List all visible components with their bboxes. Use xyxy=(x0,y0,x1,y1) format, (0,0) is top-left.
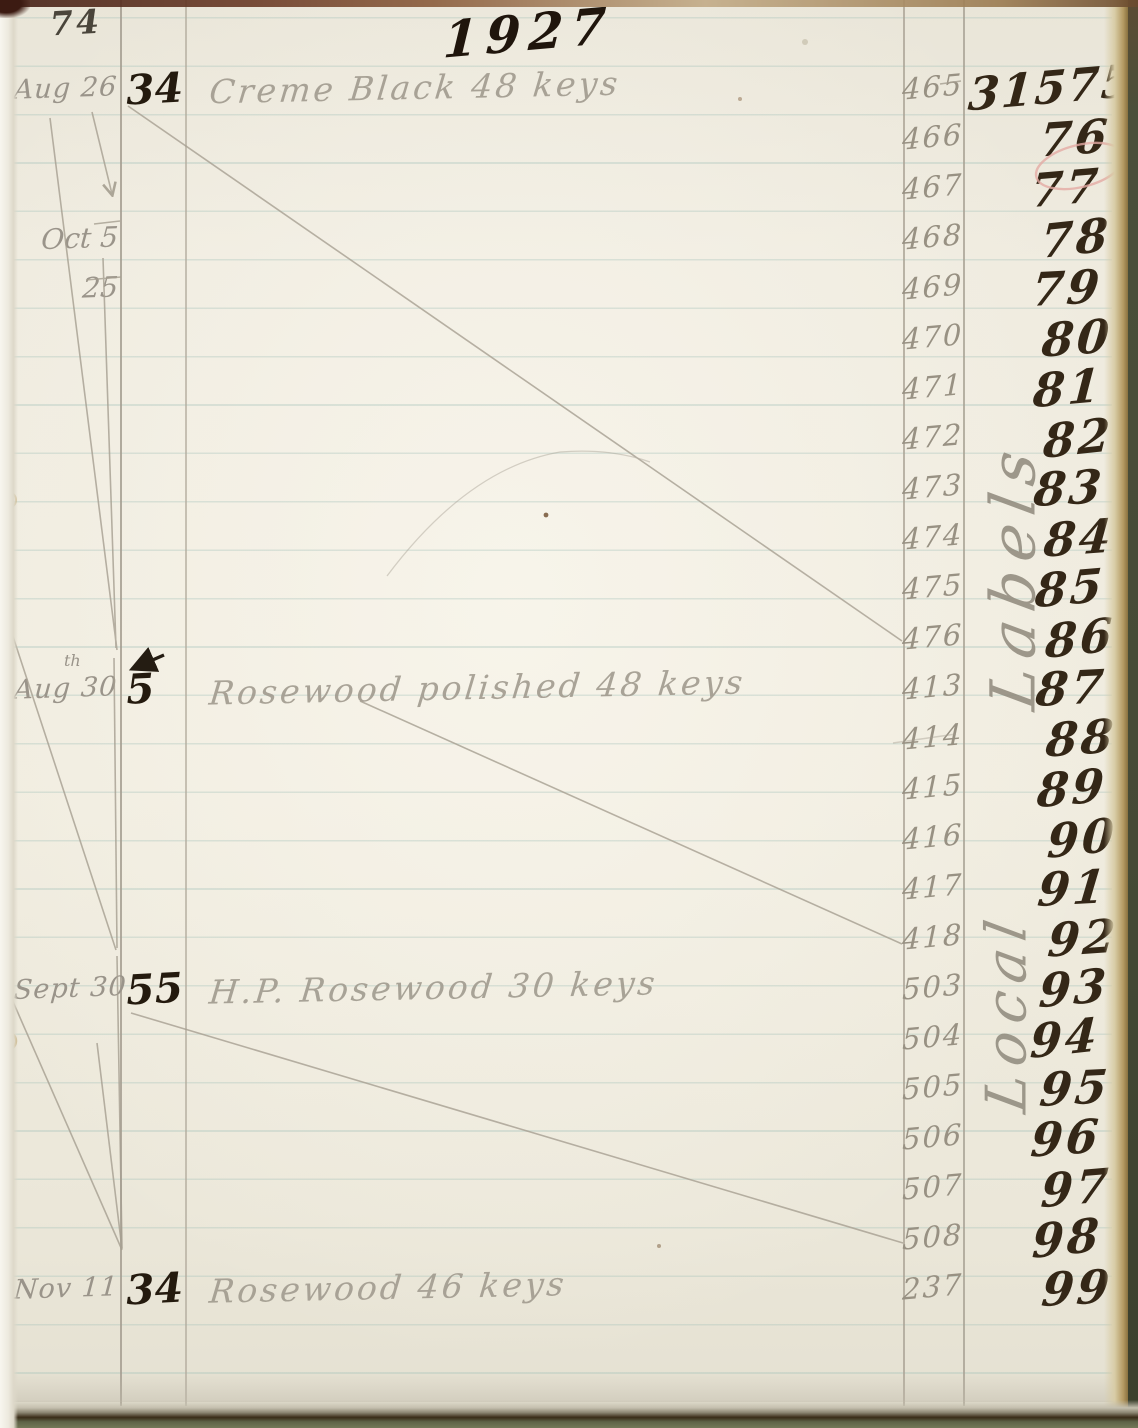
entry-date: Sept 30 xyxy=(13,973,128,1004)
batch-number: 469 xyxy=(902,270,960,304)
ledger-row: 50898 xyxy=(0,1213,1138,1263)
ledger-row: Sept 3055H.P. Rosewood 30 keys50393 xyxy=(0,963,1138,1013)
serial-number: 82 xyxy=(1042,411,1114,465)
batch-number: 414 xyxy=(902,720,960,754)
batch-number: 506 xyxy=(902,1120,960,1154)
serial-number: 88 xyxy=(1044,712,1118,763)
batch-number: 467 xyxy=(902,170,960,204)
serial-number: 96 xyxy=(1029,1112,1103,1163)
ledger-row: 47484 xyxy=(0,513,1138,563)
margin-note: Oct 5 xyxy=(27,223,119,254)
ledger-row: 41791 xyxy=(0,863,1138,913)
serial-number: 95 xyxy=(1038,1063,1113,1113)
ledger-row: 50797 xyxy=(0,1163,1138,1213)
serial-number: 86 xyxy=(1044,611,1116,665)
entry-quantity: 5 xyxy=(125,668,156,710)
serial-number: 85 xyxy=(1034,562,1107,615)
serial-number: 87 xyxy=(1034,663,1109,713)
ledger-row: 46676 xyxy=(0,113,1138,163)
page-corner-top-left xyxy=(0,0,30,18)
batch-number: 416 xyxy=(902,820,960,854)
serial-number: 83 xyxy=(1032,463,1107,513)
entry-description: H.P. Rosewood 30 keys xyxy=(208,966,660,1008)
entry-date: Aug 26 xyxy=(13,73,118,104)
ledger-row: 50595 xyxy=(0,1063,1138,1113)
batch-number: 466 xyxy=(902,120,960,154)
ledger-row: 47181 xyxy=(0,363,1138,413)
batch-number: 417 xyxy=(902,870,960,904)
batch-number: 508 xyxy=(902,1220,960,1254)
batch-number: 415 xyxy=(902,770,960,804)
entry-quantity: 34 xyxy=(125,1268,184,1312)
serial-number: 80 xyxy=(1040,312,1114,363)
ledger-row: Aug 30th5Rosewood polished 48 keys41387 xyxy=(0,663,1138,713)
ledger-row: 47383 xyxy=(0,463,1138,513)
batch-number: 413 xyxy=(902,670,960,704)
batch-number: 465 xyxy=(902,70,960,104)
serial-number: 92 xyxy=(1046,912,1120,963)
serial-number: 77 xyxy=(1030,162,1103,215)
ledger-row: 46777 xyxy=(0,163,1138,213)
serial-number: 78 xyxy=(1040,211,1112,265)
entry-description: Rosewood polished 48 keys xyxy=(208,665,747,709)
serial-number: 99 xyxy=(1040,1263,1115,1313)
margin-note: 25 xyxy=(27,273,119,304)
ledger-row: Nov 1134Rosewood 46 keys23799 xyxy=(0,1263,1138,1313)
entry-description: Creme Black 48 keys xyxy=(208,67,622,109)
batch-number: 473 xyxy=(902,470,960,504)
ledger-row: 41690 xyxy=(0,813,1138,863)
ledger-row: 41488 xyxy=(0,713,1138,763)
serial-number: 84 xyxy=(1042,512,1116,563)
batch-number: 468 xyxy=(902,220,960,254)
ledger-row: 47282 xyxy=(0,413,1138,463)
entry-date: Aug 30 xyxy=(13,673,118,704)
ledger-page-scan: 74 1927 Aug 2634Creme Black 48 keys46531… xyxy=(0,0,1138,1428)
year-heading: 1927 xyxy=(442,0,615,65)
batch-number: 472 xyxy=(902,420,960,454)
page-bottom-shadow xyxy=(0,1372,1138,1402)
serial-number: 91 xyxy=(1036,863,1111,913)
ledger-row: 41892 xyxy=(0,913,1138,963)
entry-date: Nov 11 xyxy=(13,1273,119,1304)
batch-number: 503 xyxy=(902,970,960,1004)
ledger-row: Aug 2634Creme Black 48 keys46531575 xyxy=(0,63,1138,113)
ledger-row: 47686 xyxy=(0,613,1138,663)
ledger-row: 2546979 xyxy=(0,263,1138,313)
batch-number: 470 xyxy=(902,320,960,354)
ledger-row: Oct 546878 xyxy=(0,213,1138,263)
serial-number: 90 xyxy=(1046,811,1118,865)
speck xyxy=(9,1414,17,1422)
batch-number: 507 xyxy=(902,1170,960,1204)
batch-number: 474 xyxy=(902,520,960,554)
entry-quantity: 34 xyxy=(125,68,184,112)
ledger-row: 47585 xyxy=(0,563,1138,613)
batch-number: 475 xyxy=(902,570,960,604)
entry-date-superscript: th xyxy=(64,653,81,669)
serial-number: 89 xyxy=(1036,762,1109,815)
serial-number: 76 xyxy=(1038,112,1112,163)
batch-number: 504 xyxy=(902,1020,960,1054)
entry-quantity: 55 xyxy=(125,968,184,1012)
batch-number: 471 xyxy=(902,370,960,404)
batch-number: 505 xyxy=(902,1070,960,1104)
entry-description: Rosewood 46 keys xyxy=(208,1267,569,1307)
ledger-row: 41589 xyxy=(0,763,1138,813)
page-number: 74 xyxy=(49,5,103,41)
serial-number: 94 xyxy=(1029,1011,1101,1065)
batch-number: 237 xyxy=(902,1270,960,1304)
serial-number: 98 xyxy=(1031,1211,1103,1265)
serial-number: 79 xyxy=(1030,263,1105,313)
ledger-row: 50494 xyxy=(0,1013,1138,1063)
batch-number: 418 xyxy=(902,920,960,954)
ledger-row: 47080 xyxy=(0,313,1138,363)
ledger-row: 50696 xyxy=(0,1113,1138,1163)
batch-number: 476 xyxy=(902,620,960,654)
serial-number: 81 xyxy=(1032,362,1105,415)
speck xyxy=(802,39,808,45)
page-edge-bottom xyxy=(0,1400,1138,1428)
